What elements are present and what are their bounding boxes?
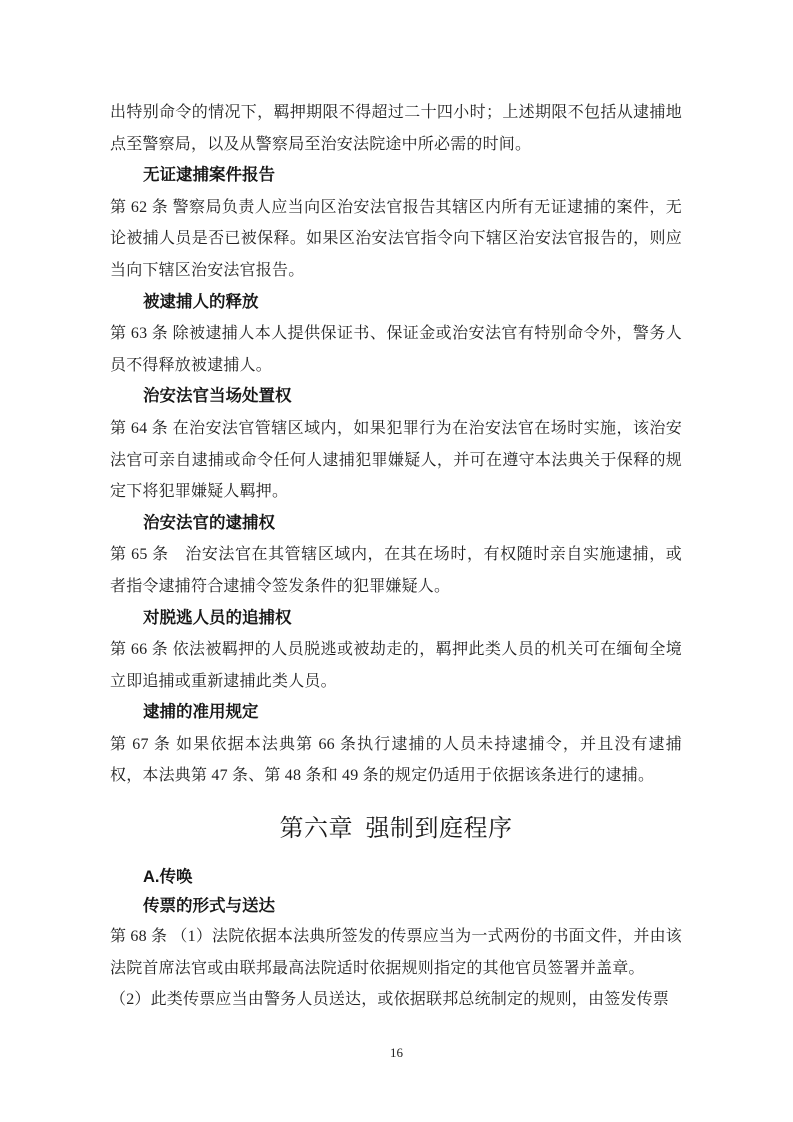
section-heading: 被逮捕人的释放: [110, 287, 682, 319]
section-heading: 逮捕的准用规定: [110, 697, 682, 729]
paragraph: 第 68 条 （1）法院依据本法典所签发的传票应当为一式两份的书面文件，并由该法…: [110, 921, 682, 984]
paragraph: 第 67 条 如果依据本法典第 66 条执行逮捕的人员未持逮捕令，并且没有逮捕权…: [110, 729, 682, 792]
paragraph: 第 65 条 治安法官在其管辖区域内，在其在场时，有权随时亲自实施逮捕，或者指令…: [110, 539, 682, 602]
section-heading: 无证逮捕案件报告: [110, 160, 682, 192]
subsection-heading: A.传唤: [110, 863, 682, 892]
section-heading: 传票的形式与送达: [110, 892, 682, 921]
paragraph: 出特别命令的情况下，羁押期限不得超过二十四小时；上述期限不包括从逮捕地点至警察局…: [110, 97, 682, 160]
section-heading: 治安法官的逮捕权: [110, 508, 682, 540]
section-heading: 对脱逃人员的追捕权: [110, 603, 682, 635]
chapter-title: 第六章 强制到庭程序: [110, 813, 682, 846]
document-page: 出特别命令的情况下，羁押期限不得超过二十四小时；上述期限不包括从逮捕地点至警察局…: [0, 0, 793, 1122]
paragraph: 第 63 条 除被逮捕人本人提供保证书、保证金或治安法官有特别命令外，警务人员不…: [110, 318, 682, 381]
paragraph: 第 62 条 警察局负责人应当向区治安法官报告其辖区内所有无证逮捕的案件，无论被…: [110, 192, 682, 287]
paragraph: （2）此类传票应当由警务人员送达，或依据联邦总统制定的规则，由签发传票: [110, 984, 682, 1016]
page-number: 16: [0, 1044, 793, 1062]
section-heading: 治安法官当场处置权: [110, 381, 682, 413]
document-body: 出特别命令的情况下，羁押期限不得超过二十四小时；上述期限不包括从逮捕地点至警察局…: [110, 97, 682, 1016]
paragraph: 第 64 条 在治安法官管辖区域内，如果犯罪行为在治安法官在场时实施，该治安法官…: [110, 413, 682, 508]
paragraph: 第 66 条 依法被羁押的人员脱逃或被劫走的，羁押此类人员的机关可在缅甸全境立即…: [110, 634, 682, 697]
